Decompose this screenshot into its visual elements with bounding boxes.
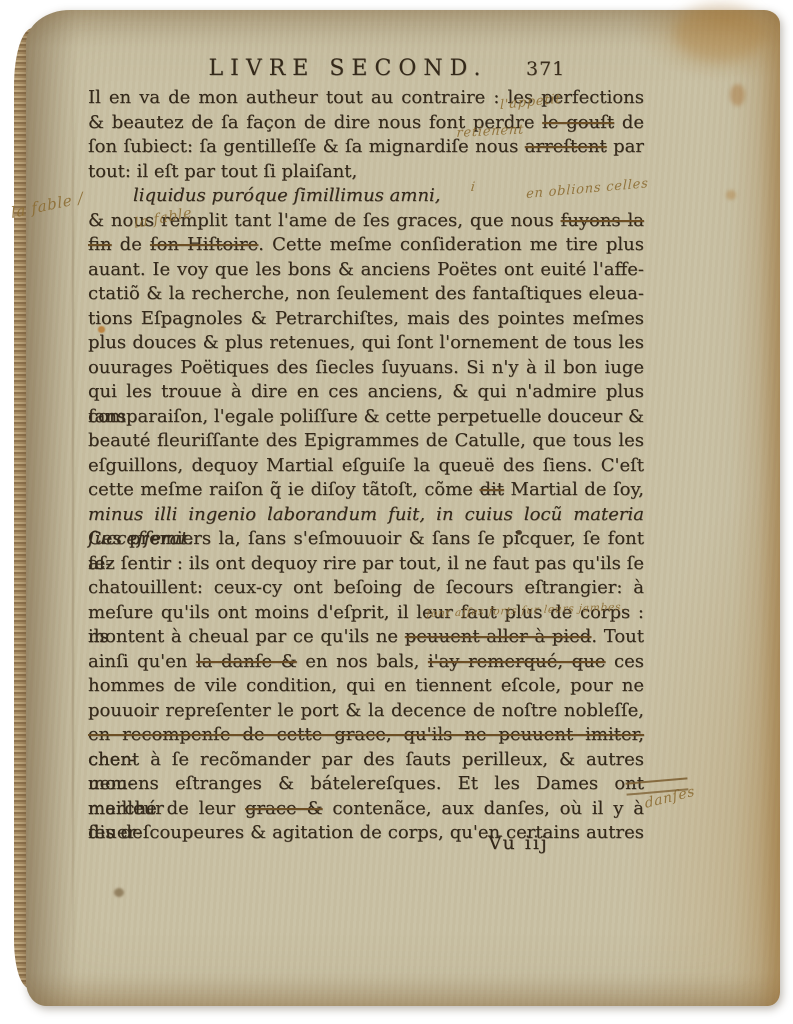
- stain: [730, 84, 745, 106]
- text-line: plus douces & plus retenues, qui ſont l'…: [88, 331, 644, 356]
- struck-text: la danſe &: [196, 651, 297, 672]
- printed-text: ouurages Poëtiques des ſiecles ſuyuans. …: [88, 357, 644, 378]
- struck-text: arreſtent: [525, 136, 607, 157]
- printed-text: de: [112, 234, 150, 255]
- printed-text: auant. Ie voy que les bons & anciens Poë…: [88, 259, 644, 280]
- printed-text: ſez ſentir : ils ont dequoy rire par tou…: [88, 553, 644, 574]
- text-line: fin de ſon Hiſtoire. Cette meſme conſide…: [88, 233, 644, 258]
- struck-text: dit: [479, 479, 504, 500]
- text-line: Ces premiers la, ſans s'eſmouuoir & ſans…: [88, 527, 644, 552]
- printed-text: de: [614, 112, 644, 133]
- printed-text: en nos bals,: [297, 651, 428, 672]
- text-line: ainſi qu'en la danſe & en nos bals, i'ay…: [88, 650, 644, 675]
- printed-text: chatouillent: ceux-cy ont beſoing de ſec…: [88, 577, 644, 598]
- printed-text: comparaiſon, l'egale poliſſure & cette p…: [88, 406, 644, 427]
- page-scan: LIVRE SECOND. 371 Il en va de mon autheu…: [26, 10, 780, 1006]
- printed-text: Martial de ſoy,: [504, 479, 644, 500]
- printed-text: . Cette meſme conſideration me tire plus: [258, 234, 644, 255]
- printed-text: eſguillons, dequoy Martial eſguiſe la qu…: [88, 455, 644, 476]
- struck-text: fin: [88, 234, 112, 255]
- printed-text: par: [607, 136, 644, 157]
- struck-text: i'ay remerqué, que: [428, 651, 606, 672]
- text-line: ſes deſcoupeures & agitation de corps, q…: [88, 821, 644, 846]
- text-line: chent à ſe recõmander par des ſauts peri…: [88, 748, 644, 773]
- text-line: comparaiſon, l'egale poliſſure & cette p…: [88, 405, 644, 430]
- printed-text: plus douces & plus retenues, qui ſont l'…: [88, 332, 644, 353]
- book-scan: { "page": { "header": { "title": "LIVRE …: [0, 0, 793, 1024]
- stain: [114, 888, 124, 897]
- text-line: uemens eſtranges & bátelereſques. Et les…: [88, 772, 644, 797]
- text-line: qui les trouue à dire en ces anciens, & …: [88, 380, 644, 405]
- text-line: cette meſme raiſon q̃ ie diſoy tãtoſt, c…: [88, 478, 644, 503]
- printed-text: marché de leur: [88, 798, 245, 819]
- struck-text: en recompenſe de cette grace, qu'ils ne …: [88, 724, 644, 745]
- text-line: hommes de vile condition, qui en tiennen…: [88, 674, 644, 699]
- printed-text: hommes de vile condition, qui en tiennen…: [88, 675, 644, 696]
- text-line: chatouillent: ceux-cy ont beſoing de ſec…: [88, 576, 644, 601]
- text-line: tions Eſpagnoles & Petrarchiſtes, mais d…: [88, 307, 644, 332]
- printed-text: tions Eſpagnoles & Petrarchiſtes, mais d…: [88, 308, 644, 329]
- text-line: beauté fleuriſſante des Epigrammes de Ca…: [88, 429, 644, 454]
- struck-text: ſon Hiſtoire: [150, 234, 258, 255]
- printed-text: liquidus puróque ſimillimus amni,: [133, 185, 441, 206]
- struck-text: le gouſt: [542, 112, 614, 133]
- text-line: auant. Ie voy que les bons & anciens Poë…: [88, 258, 644, 283]
- stain: [726, 190, 736, 200]
- page-number: 371: [526, 58, 565, 80]
- text-line: ſez ſentir : ils ont dequoy rire par tou…: [88, 552, 644, 577]
- printed-text: ctatiõ & la recherche, non ſeulement des…: [88, 283, 644, 304]
- printed-text-block: Il en va de mon autheur tout au contrair…: [88, 86, 644, 846]
- text-line: ouurages Poëtiques des ſiecles ſuyuans. …: [88, 356, 644, 381]
- text-line: & beautez de ſa façon de dire nous font …: [88, 111, 644, 136]
- text-line: pouuoir repreſenter le port & la decence…: [88, 699, 644, 724]
- stain: [674, 4, 766, 62]
- printed-text: montent à cheual par ce qu'ils ne: [88, 626, 405, 647]
- text-line: en recompenſe de cette grace, qu'ils ne …: [88, 723, 644, 748]
- struck-text: peuuent aller à pied: [405, 626, 592, 647]
- text-line: montent à cheual par ce qu'ils ne peuuen…: [88, 625, 644, 650]
- text-line: eſguillons, dequoy Martial eſguiſe la qu…: [88, 454, 644, 479]
- printed-text: tout: il eſt par tout ſi plaiſant,: [88, 161, 357, 182]
- signature-mark: Vu iij: [488, 832, 549, 854]
- text-line: marché de leur grace & contenãce, aux da…: [88, 797, 644, 822]
- struck-text: fuyons la: [561, 210, 644, 231]
- printed-text: . Tout: [591, 626, 644, 647]
- text-line: minus illi ingenio laborandum fuit, in c…: [88, 503, 644, 528]
- printed-text: ces: [605, 651, 644, 672]
- printed-text: ainſi qu'en: [88, 651, 196, 672]
- printed-text: cette meſme raiſon q̃ ie diſoy tãtoſt, c…: [88, 479, 479, 500]
- text-line: ſon ſubiect: ſa gentilleſſe & ſa mignard…: [88, 135, 644, 160]
- struck-text: grace &: [245, 798, 322, 819]
- printed-text: ſes deſcoupeures & agitation de corps, q…: [88, 822, 644, 843]
- text-line: ctatiõ & la recherche, non ſeulement des…: [88, 282, 644, 307]
- text-line: tout: il eſt par tout ſi plaiſant,: [88, 160, 644, 185]
- printed-text: pouuoir repreſenter le port & la decence…: [88, 700, 644, 721]
- printed-text: beauté fleuriſſante des Epigrammes de Ca…: [88, 430, 644, 451]
